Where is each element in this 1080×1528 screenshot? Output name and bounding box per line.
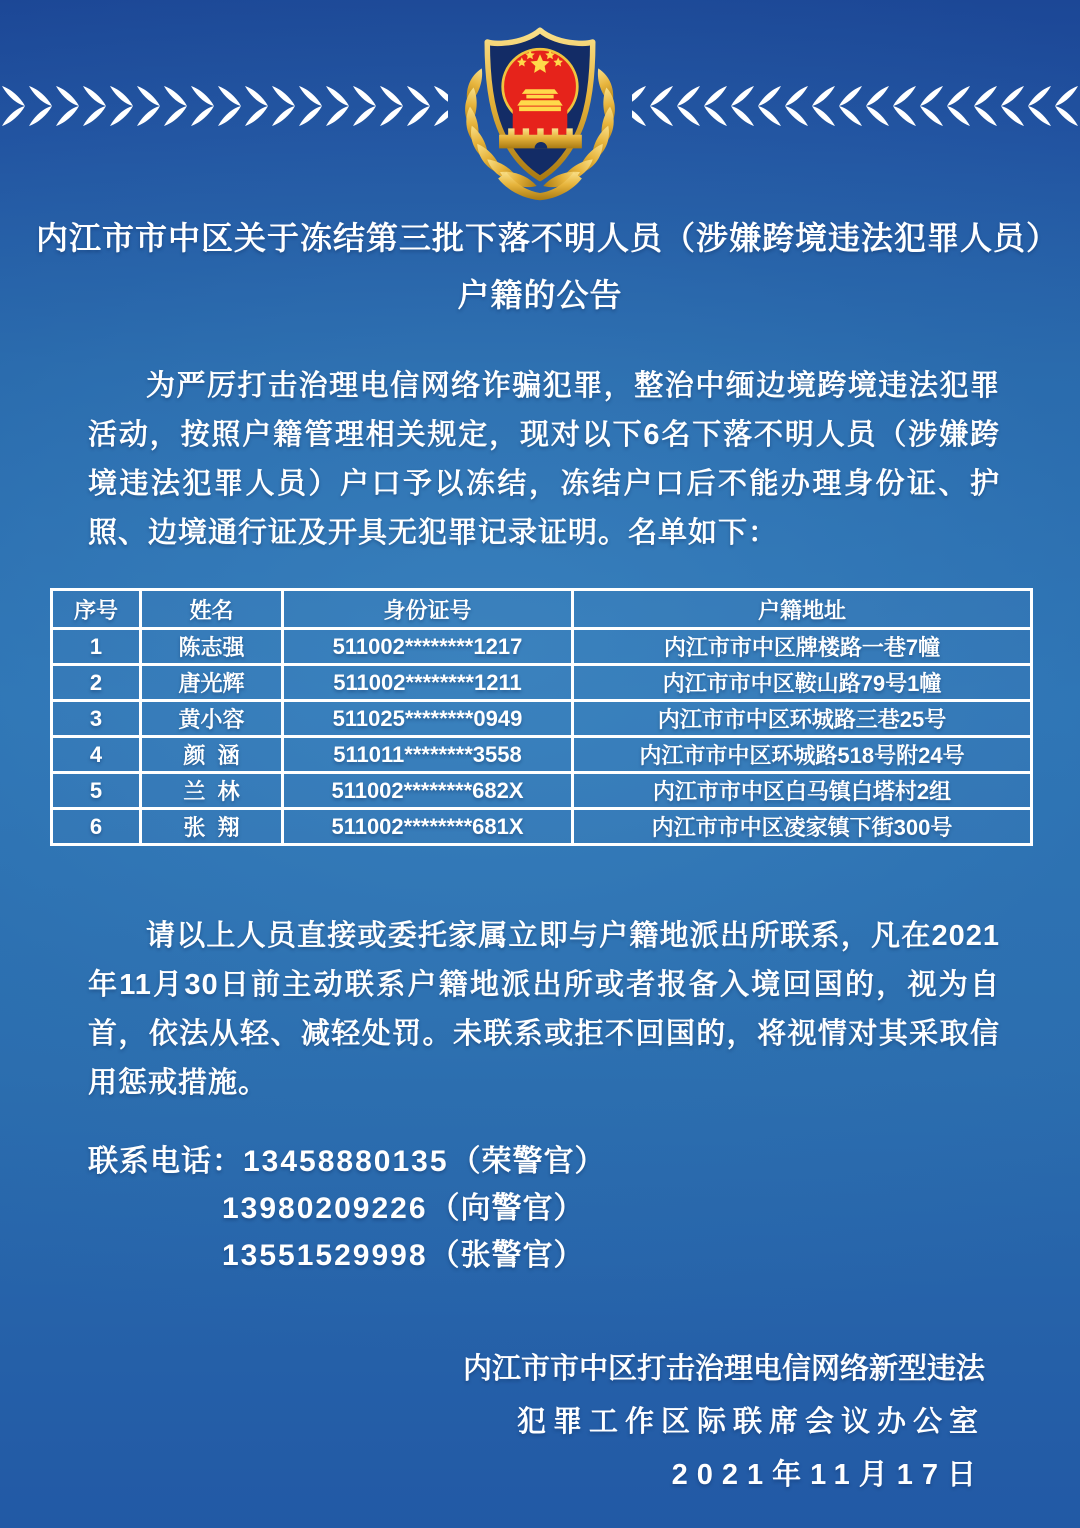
cell-name: 兰 林 [141,773,283,809]
cell-id-number: 511002********1217 [283,629,573,665]
cell-index: 5 [52,773,141,809]
cell-address: 内江市市中区牌楼路一巷7幢 [573,629,1032,665]
phone-number: 13458880135 [243,1145,449,1178]
header-index: 序号 [52,590,141,629]
signature-org-line-1: 内江市市中区打击治理电信网络新型违法 [0,1343,985,1396]
intro-paragraph: 为严厉打击治理电信网络诈骗犯罪，整治中缅边境跨境违法犯罪活动，按照户籍管理相关规… [88,362,1000,558]
table-row: 1 陈志强 511002********1217 内江市市中区牌楼路一巷7幢 [52,629,1032,665]
phone-number: 13980209226 [222,1192,428,1225]
header-id-number: 身份证号 [283,590,573,629]
announcement-page: 内江市市中区关于冻结第三批下落不明人员（涉嫌跨境违法犯罪人员） 户籍的公告 为严… [0,0,1080,1528]
officer-name: （张警官） [430,1239,585,1272]
cell-address: 内江市市中区环城路518号附24号 [573,737,1032,773]
title-line-1: 内江市市中区关于冻结第三批下落不明人员（涉嫌跨境违法犯罪人员） [36,210,1044,267]
cell-id-number: 511002********681X [283,809,573,845]
officer-name: （向警官） [430,1192,585,1225]
frozen-persons-table: 序号 姓名 身份证号 户籍地址 1 陈志强 511002********1217… [50,588,1033,846]
cell-index: 1 [52,629,141,665]
cell-name: 唐光辉 [141,665,283,701]
table-row: 5 兰 林 511002********682X 内江市市中区白马镇白塔村2组 [52,773,1032,809]
contact-section: 联系电话：13458880135（荣警官） 13980209226（向警官） 1… [88,1138,1080,1279]
chevron-band-left-icon [0,84,448,128]
table-row: 6 张 翔 511002********681X 内江市市中区凌家镇下街300号 [52,809,1032,845]
cell-id-number: 511011********3558 [283,737,573,773]
signature-block: 内江市市中区打击治理电信网络新型违法 犯罪工作区际联席会议办公室 2021年11… [0,1343,985,1502]
table-row: 2 唐光辉 511002********1211 内江市市中区鞍山路79号1幢 [52,665,1032,701]
table-row: 3 黄小容 511025********0949 内江市市中区环城路三巷25号 [52,701,1032,737]
header-address: 户籍地址 [573,590,1032,629]
header-name: 姓名 [141,590,283,629]
cell-id-number: 511002********682X [283,773,573,809]
cell-name: 黄小容 [141,701,283,737]
cell-id-number: 511002********1211 [283,665,573,701]
signature-org-line-2: 犯罪工作区际联席会议办公室 [0,1396,985,1449]
cell-name: 陈志强 [141,629,283,665]
contact-line: 13980209226（向警官） [88,1185,1080,1232]
cell-index: 2 [52,665,141,701]
title-line-2: 户籍的公告 [36,267,1044,324]
contact-label: 联系电话： [88,1145,243,1178]
cell-address: 内江市市中区白马镇白塔村2组 [573,773,1032,809]
police-badge-icon [449,12,631,203]
officer-name: （荣警官） [451,1145,606,1178]
cell-name: 颜 涵 [141,737,283,773]
cell-address: 内江市市中区凌家镇下街300号 [573,809,1032,845]
table-header-row: 序号 姓名 身份证号 户籍地址 [52,590,1032,629]
cell-address: 内江市市中区鞍山路79号1幢 [573,665,1032,701]
cell-index: 4 [52,737,141,773]
phone-number: 13551529998 [222,1239,428,1272]
chevron-band-right-icon [632,84,1080,128]
contact-line: 联系电话：13458880135（荣警官） [88,1138,1080,1185]
notice-paragraph: 请以上人员直接或委托家属立即与户籍地派出所联系，凡在2021年11月30日前主动… [88,912,1000,1108]
cell-index: 6 [52,809,141,845]
table-row: 4 颜 涵 511011********3558 内江市市中区环城路518号附2… [52,737,1032,773]
cell-index: 3 [52,701,141,737]
cell-id-number: 511025********0949 [283,701,573,737]
announcement-title: 内江市市中区关于冻结第三批下落不明人员（涉嫌跨境违法犯罪人员） 户籍的公告 [36,210,1044,324]
contact-line: 13551529998（张警官） [88,1232,1080,1279]
signature-date: 2021年11月17日 [0,1449,985,1502]
cell-address: 内江市市中区环城路三巷25号 [573,701,1032,737]
cell-name: 张 翔 [141,809,283,845]
